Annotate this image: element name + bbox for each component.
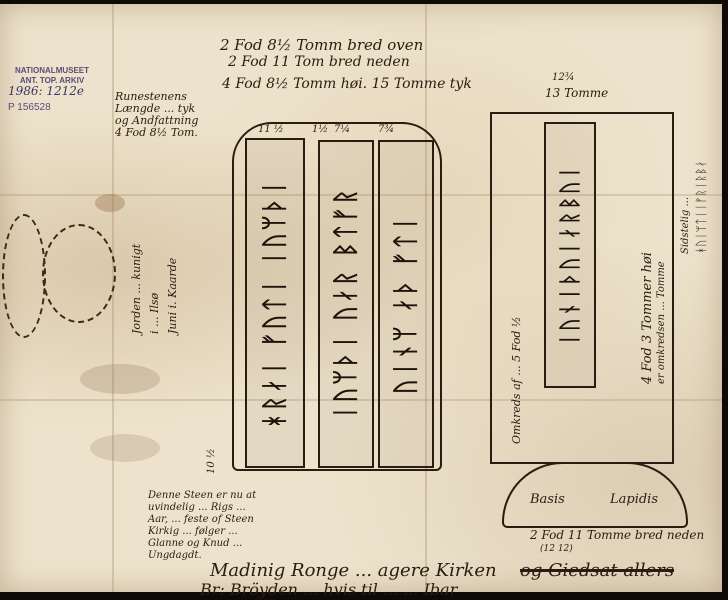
margin-note-3: Juni i. Kaarde (166, 258, 179, 334)
tree-drawing (42, 224, 116, 323)
bottom-line-crossed: og Giedsat allers (520, 560, 674, 581)
stain (90, 434, 160, 462)
bottom-line-large: Madinig Ronge ... agere Kirken (210, 560, 497, 581)
rune-band-right: ᛁᚢᚾᛁᚦᚢᛁᛅᚱᛒᚢᛁ (544, 122, 596, 388)
rune-band-1: ᚼᚱᛅᛁ ᚠᚢᛏᛁ ᛁᚢᛘᚦᛁ (245, 138, 305, 468)
column-measure: 1½ (312, 124, 328, 135)
note-width-bottom: 2 Fod 11 Tom bred neden (228, 54, 410, 70)
para-line: Ungdagdt. (148, 550, 202, 561)
rune-text: ᛁᚢᚾᛁᚦᚢᛁᛅᚱᛒᚢᛁ (558, 164, 583, 346)
stamp-line-1: NATIONALMUSEET (2, 66, 102, 76)
base-measure: 2 Fod 11 Tomme bred neden (530, 528, 704, 542)
para-line: Denne Steen er nu at (148, 490, 256, 501)
margin-note-2: i ... Ilsø (148, 293, 161, 334)
para-line: Glanne og Knud ... (148, 538, 242, 549)
left-note-4: 4 Fod 8½ Tom. (115, 126, 198, 139)
far-right-runes: ᚼᚢᛁᛘᛏᛁᛁᚠᚱᛁᚱᛒᛅ (694, 160, 708, 254)
museum-stamp: NATIONALMUSEET ANT. TOP. ARKIV (2, 66, 102, 86)
fold-line (112, 4, 114, 592)
margin-note-1: Jorden ... kunigt (130, 244, 143, 334)
right-height-note-2: er omkredsen ... Tomme (656, 261, 667, 384)
accession-number: 1986: 1212e (8, 84, 84, 98)
column-measure: 11 ½ (258, 124, 284, 135)
para-line: uvindelig ... Rigs ... (148, 502, 246, 513)
base-label-right: Lapidis (610, 492, 658, 507)
rune-text: ᚼᚱᛅᛁ ᚠᚢᛏᛁ ᛁᚢᛘᚦᛁ (260, 178, 290, 429)
right-measure: 13 Tomme (545, 86, 608, 100)
right-height-note: 4 Fod 3 Tommer høi (640, 252, 655, 384)
note-width-top: 2 Fod 8½ Tomm bred oven (220, 36, 423, 54)
rune-band-2: ᛁᚢᛘᚦᛁ ᚢᛅᚱ ᛒᛏᚠᚱ (318, 140, 374, 468)
bottom-measure: 10 ½ (206, 448, 217, 474)
manuscript-sheet: NATIONALMUSEET ANT. TOP. ARKIV 1986: 121… (0, 4, 722, 592)
far-right-note: Sidstelig ... (680, 197, 691, 254)
rune-text: ᛁᚢᛘᚦᛁ ᚢᛅᚱ ᛒᛏᚠᚱ (331, 187, 361, 420)
base-label-left: Basis (530, 492, 565, 507)
tree-drawing (2, 214, 46, 338)
stain (95, 194, 125, 212)
stain (80, 364, 160, 394)
rune-band-3: ᚢᛁᚾᛘ ᛅᚦ ᚠᛏᛁ (378, 140, 434, 468)
column-measure: 7¾ (378, 124, 394, 135)
catalogue-number: P 156528 (8, 102, 51, 113)
right-measure-top: 12¾ (552, 72, 574, 83)
note-height-thickness: 4 Fod 8½ Tomm høi. 15 Tomme tyk (222, 76, 472, 92)
base-measure-small: (12 12) (540, 544, 573, 554)
para-line: Aar, ... feste of Steen (148, 514, 254, 525)
rune-text: ᚢᛁᚾᛘ ᛅᚦ ᚠᛏᛁ (391, 214, 421, 395)
bottom-line-last: Br: Bröyden ... hvis til ... ... Ibar (200, 580, 457, 599)
column-measure: 7¼ (334, 124, 350, 135)
para-line: Kirkig ... følger ... (148, 526, 238, 537)
